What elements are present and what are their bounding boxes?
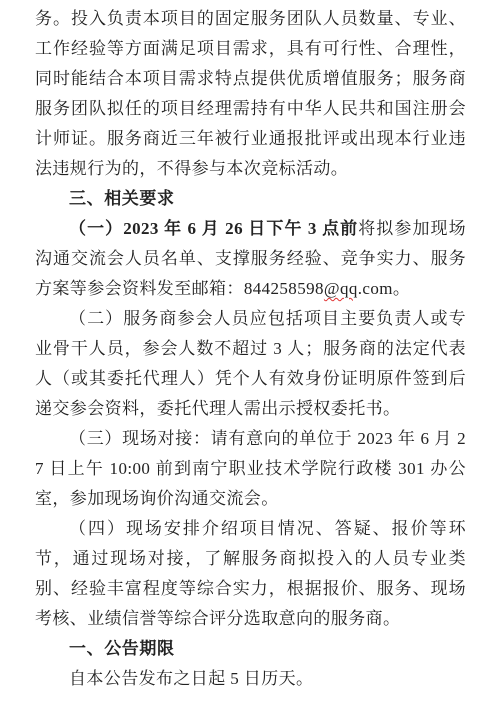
- paragraph-requirement-4: （四）现场安排介绍项目情况、答疑、报价等环节，通过现场对接，了解服务商拟投入的人…: [35, 514, 466, 634]
- paragraph-supplier-qualifications: 务。投入负责本项目的固定服务团队人员数量、专业、工作经验等方面满足项目需求，具有…: [35, 4, 466, 184]
- paragraph-notice-period-body: 自本公告发布之日起 5 日历天。: [35, 664, 466, 694]
- heading-notice-period: 一、公告期限: [35, 634, 466, 664]
- paragraph-requirement-2: （二）服务商参会人员应包括项目主要负责人或专业骨干人员，参会人数不超过 3 人；…: [35, 304, 466, 424]
- email-domain-spellcheck-underline: @qq: [324, 279, 358, 298]
- deadline-bold-text: （一）2023 年 6 月 26 日下午 3 点前: [69, 219, 358, 238]
- sentence-terminator: 。: [393, 279, 410, 298]
- paragraph-requirement-1: （一）2023 年 6 月 26 日下午 3 点前将拟参加现场沟通交流会人员名单…: [35, 214, 466, 304]
- email-address: 844258598@qq.com: [244, 279, 393, 298]
- email-local-part: 844258598: [244, 279, 324, 298]
- heading-related-requirements: 三、相关要求: [35, 184, 466, 214]
- announcement-document-page: 务。投入负责本项目的固定服务团队人员数量、专业、工作经验等方面满足项目需求，具有…: [0, 0, 500, 720]
- email-tld: .com: [358, 279, 393, 298]
- paragraph-requirement-3: （三）现场对接：请有意向的单位于 2023 年 6 月 27 日上午 10:00…: [35, 424, 466, 514]
